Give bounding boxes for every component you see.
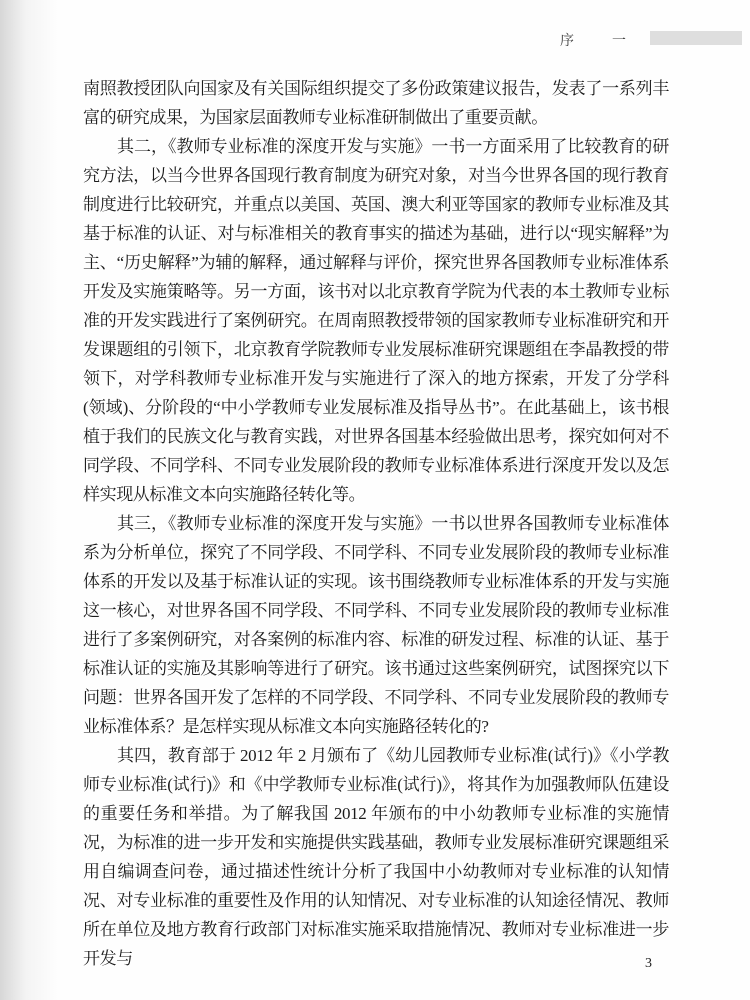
page-header: 序 一 — [0, 30, 750, 46]
body-paragraph: 其二，《教师专业标准的深度开发与实施》一书一方面采用了比较教育的研究方法，以当今… — [83, 132, 669, 509]
book-page: 序 一 南照教授团队向国家及有关国际组织提交了多份政策建议报告，发表了一系列丰富… — [0, 0, 750, 1000]
body-paragraph: 其三，《教师专业标准的深度开发与实施》一书以世界各国教师专业标准体系为分析单位，… — [83, 509, 669, 741]
page-header-title: 序 一 — [560, 30, 638, 50]
page-left-shadow — [0, 0, 58, 1000]
body-text: 南照教授团队向国家及有关国际组织提交了多份政策建议报告，发表了一系列丰富的研究成… — [83, 74, 669, 973]
header-decoration-bar — [650, 31, 742, 45]
body-paragraph: 其四，教育部于 2012 年 2 月颁布了《幼儿园教师专业标准(试行)》《小学教… — [83, 741, 669, 973]
body-paragraph: 南照教授团队向国家及有关国际组织提交了多份政策建议报告，发表了一系列丰富的研究成… — [83, 74, 669, 132]
page-number: 3 — [645, 956, 652, 972]
